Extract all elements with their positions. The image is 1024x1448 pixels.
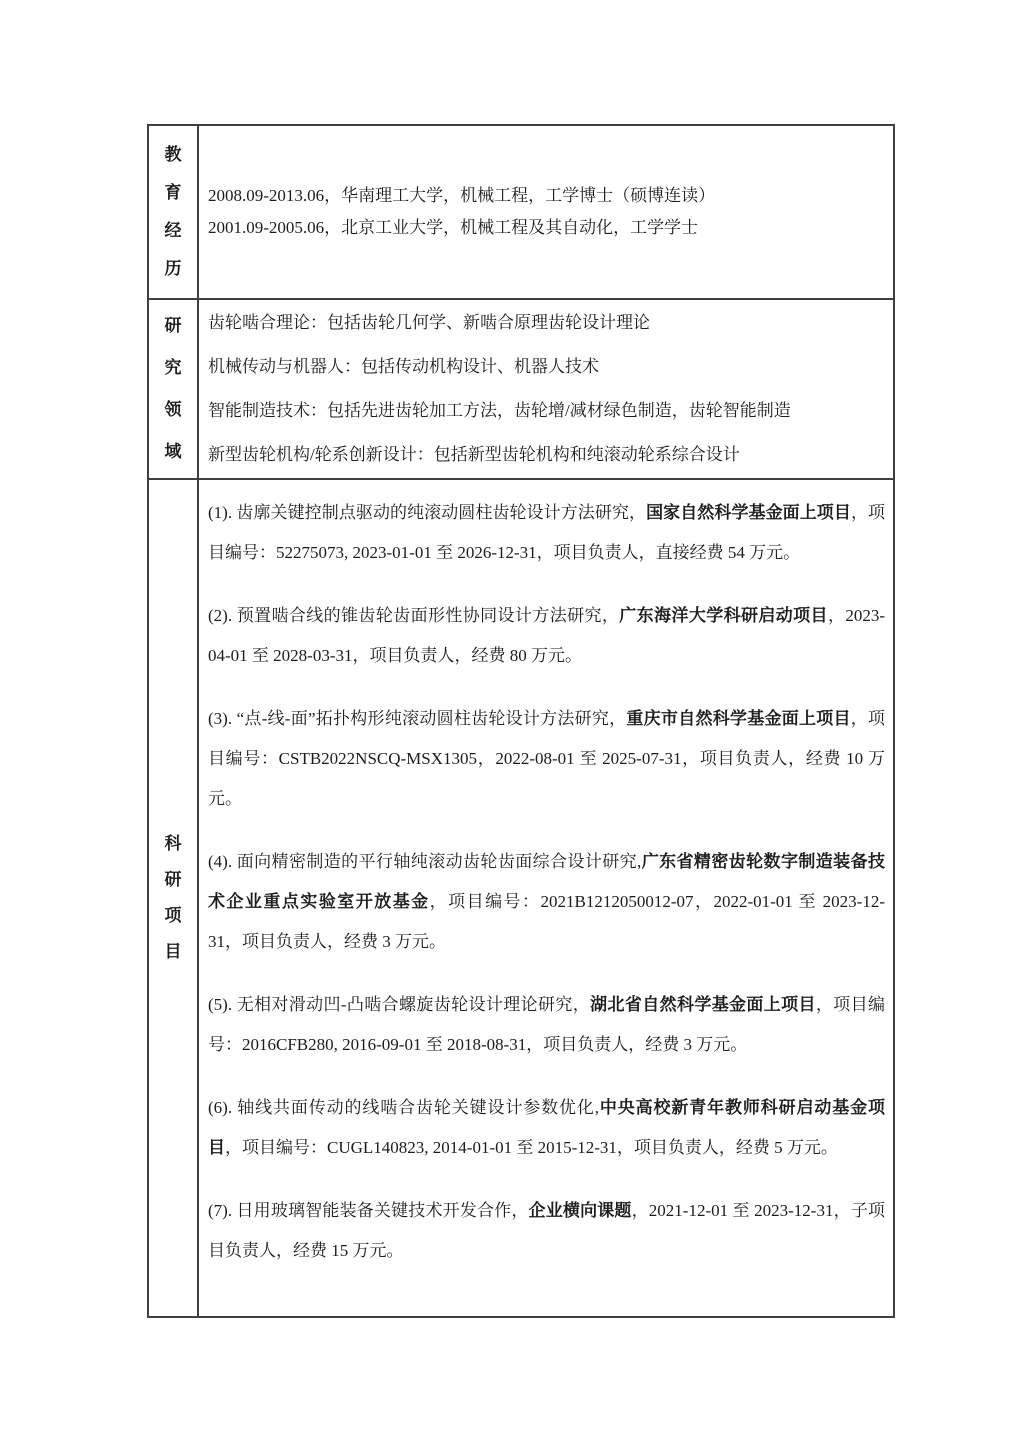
project-item-3: (3). “点-线-面”拓扑构形纯滚动圆柱齿轮设计方法研究，重庆市自然科学基金面… xyxy=(208,699,885,819)
project-text: (4). 面向精密制造的平行轴纯滚动齿轮齿面综合设计研究, xyxy=(208,852,641,871)
project-item-5: (5). 无相对滑动凹-凸啮合螺旋齿轮设计理论研究，湖北省自然科学基金面上项目，… xyxy=(208,985,885,1065)
research-areas-content: 齿轮啮合理论：包括齿轮几何学、新啮合原理齿轮设计理论 机械传动与机器人：包括传动… xyxy=(199,298,893,478)
research-area-line: 智能制造技术：包括先进齿轮加工方法，齿轮增/减材绿色制造，齿轮智能制造 xyxy=(208,389,885,433)
label-char: 研 xyxy=(165,305,182,347)
label-char: 经 xyxy=(165,212,182,250)
project-funding-bold: 国家自然科学基金面上项目 xyxy=(646,503,851,522)
project-item-6: (6). 轴线共面传动的线啮合齿轮关键设计参数优化,中央高校新青年教师科研启动基… xyxy=(208,1088,885,1168)
label-char: 目 xyxy=(165,934,182,970)
label-char: 科 xyxy=(165,826,182,862)
project-funding-bold: 企业横向课题 xyxy=(529,1201,632,1220)
project-item-7: (7). 日用玻璃智能装备关键技术开发合作，企业横向课题，2021-12-01 … xyxy=(208,1191,885,1271)
project-text: (2). 预置啮合线的锥齿轮齿面形性协同设计方法研究， xyxy=(208,606,619,625)
cv-document-page: 教 育 经 历 2008.09-2013.06，华南理工大学，机械工程，工学博士… xyxy=(0,0,1024,1448)
projects-row-label: 科 研 项 目 xyxy=(149,478,199,1316)
research-area-line: 新型齿轮机构/轮系创新设计：包括新型齿轮机构和纯滚动轮系综合设计 xyxy=(208,433,885,477)
project-text: (1). 齿廓关键控制点驱动的纯滚动圆柱齿轮设计方法研究， xyxy=(208,503,646,522)
label-char: 教 xyxy=(165,136,182,174)
projects-content: (1). 齿廓关键控制点驱动的纯滚动圆柱齿轮设计方法研究，国家自然科学基金面上项… xyxy=(199,478,893,1316)
research-area-line: 齿轮啮合理论：包括齿轮几何学、新啮合原理齿轮设计理论 xyxy=(208,301,885,345)
project-funding-bold: 重庆市自然科学基金面上项目 xyxy=(626,709,850,728)
cv-table: 教 育 经 历 2008.09-2013.06，华南理工大学，机械工程，工学博士… xyxy=(147,124,895,1318)
research-area-line: 机械传动与机器人：包括传动机构设计、机器人技术 xyxy=(208,345,885,389)
project-funding-bold: 湖北省自然科学基金面上项目 xyxy=(590,995,816,1014)
project-text: (3). “点-线-面”拓扑构形纯滚动圆柱齿轮设计方法研究， xyxy=(208,709,626,728)
label-char: 项 xyxy=(165,898,182,934)
education-content: 2008.09-2013.06，华南理工大学，机械工程，工学博士（硕博连读） 2… xyxy=(199,126,893,298)
project-item-2: (2). 预置啮合线的锥齿轮齿面形性协同设计方法研究，广东海洋大学科研启动项目，… xyxy=(208,596,885,676)
project-item-1: (1). 齿廓关键控制点驱动的纯滚动圆柱齿轮设计方法研究，国家自然科学基金面上项… xyxy=(208,493,885,573)
label-char: 究 xyxy=(165,347,182,389)
education-line: 2008.09-2013.06，华南理工大学，机械工程，工学博士（硕博连读） xyxy=(208,180,885,212)
label-char: 育 xyxy=(165,174,182,212)
education-line: 2001.09-2005.06，北京工业大学，机械工程及其自动化，工学学士 xyxy=(208,212,885,244)
project-text: (6). 轴线共面传动的线啮合齿轮关键设计参数优化, xyxy=(208,1098,599,1117)
project-item-4: (4). 面向精密制造的平行轴纯滚动齿轮齿面综合设计研究,广东省精密齿轮数字制造… xyxy=(208,842,885,962)
project-text: (5). 无相对滑动凹-凸啮合螺旋齿轮设计理论研究， xyxy=(208,995,590,1014)
label-char: 研 xyxy=(165,862,182,898)
label-char: 域 xyxy=(165,431,182,473)
project-text: (7). 日用玻璃智能装备关键技术开发合作， xyxy=(208,1201,529,1220)
research-areas-row-label: 研 究 领 域 xyxy=(149,298,199,478)
project-text: ，项目编号：CUGL140823, 2014-01-01 至 2015-12-3… xyxy=(225,1138,838,1157)
label-char: 历 xyxy=(165,250,182,288)
label-char: 领 xyxy=(165,389,182,431)
education-row-label: 教 育 经 历 xyxy=(149,126,199,298)
project-funding-bold: 广东海洋大学科研启动项目 xyxy=(619,606,828,625)
